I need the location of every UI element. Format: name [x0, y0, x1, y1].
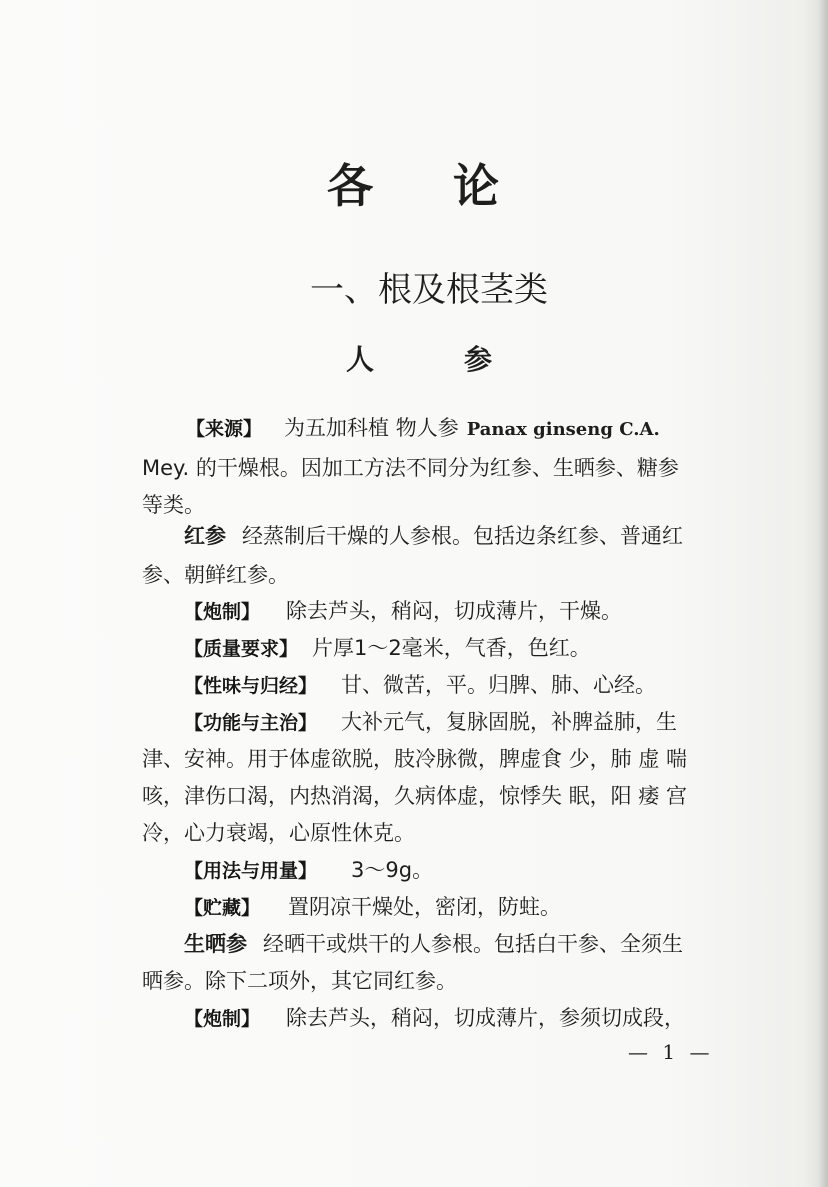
function-line-2: 津、安神。用于体虚欲脱，肢冷脉微，脾虚食 少，肺 虚 喘	[142, 745, 687, 773]
source-line-2: Mey. 的干燥根。因加工方法不同分为红参、生晒参、糖参	[142, 454, 679, 482]
page-number: — 1 —	[628, 1040, 713, 1064]
function-text: 大补元气，复脉固脱，补脾益肺，生	[341, 710, 677, 734]
latin-name: Panax ginseng C.A.	[467, 419, 660, 440]
processing-line: 【炮制】除去芦头，稍闷，切成薄片，干燥。	[184, 597, 622, 626]
sun-dried-line-1: 生晒参经晒干或烘干的人参根。包括白干参、全须生	[184, 930, 683, 958]
book-page: 各论 一、根及根茎类 人参 【来源】为五加科植 物人参Panax ginseng…	[0, 0, 828, 1187]
sun-dried-processing-tag: 【炮制】	[184, 1008, 260, 1030]
sun-dried-line-2: 晒参。除下二项外，其它同红参。	[142, 967, 457, 995]
nature-text: 甘、微苦，平。归脾、肺、心经。	[341, 673, 656, 697]
function-line-1: 【功能与主治】大补元气，复脉固脱，补脾益肺，生	[184, 708, 677, 737]
quality-tag: 【质量要求】	[184, 638, 298, 660]
quality-text: 片厚1～2毫米，气香，色红。	[312, 636, 591, 660]
processing-tag: 【炮制】	[184, 601, 260, 623]
nature-line: 【性味与归经】甘、微苦，平。归脾、肺、心经。	[184, 671, 656, 700]
source-text: 为五加科植 物人参	[284, 416, 459, 440]
sun-dried-processing-text: 除去芦头，稍闷，切成薄片，参须切成段，	[286, 1006, 685, 1030]
storage-text: 置阴凉干燥处，密闭，防蛀。	[288, 895, 561, 919]
quality-line: 【质量要求】片厚1～2毫米，气香，色红。	[184, 634, 591, 663]
sun-dried-name: 生晒参	[184, 932, 247, 956]
herb-title-char-2: 参	[464, 343, 492, 376]
section-title: 一、根及根茎类	[0, 262, 828, 311]
dosage-line: 【用法与用量】3～9g。	[184, 856, 433, 885]
source-tag: 【来源】	[186, 418, 262, 440]
storage-tag: 【贮藏】	[184, 897, 260, 919]
function-line-4: 冷，心力衰竭，心原性休克。	[142, 819, 415, 847]
dosage-text: 3～9g。	[351, 858, 433, 882]
source-line-3: 等类。	[142, 491, 205, 519]
chapter-title: 各论	[0, 150, 828, 216]
nature-tag: 【性味与归经】	[184, 675, 317, 697]
source-line-1: 【来源】为五加科植 物人参Panax ginseng C.A.	[186, 414, 660, 444]
herb-title: 人参	[0, 338, 828, 378]
processing-text: 除去芦头，稍闷，切成薄片，干燥。	[286, 599, 622, 623]
chapter-title-char-2: 论	[453, 159, 501, 213]
red-ginseng-name: 红参	[184, 524, 226, 548]
dosage-tag: 【用法与用量】	[184, 860, 317, 882]
chapter-title-char-1: 各	[327, 159, 375, 213]
function-tag: 【功能与主治】	[184, 712, 317, 734]
red-ginseng-line-2: 参、朝鲜红参。	[142, 561, 289, 589]
sun-dried-processing-line: 【炮制】除去芦头，稍闷，切成薄片，参须切成段，	[184, 1004, 685, 1033]
red-ginseng-desc: 经蒸制后干燥的人参根。包括边条红参、普通红	[242, 524, 683, 548]
sun-dried-desc: 经晒干或烘干的人参根。包括白干参、全须生	[263, 932, 683, 956]
herb-title-char-1: 人	[346, 343, 374, 376]
function-line-3: 咳，津伤口渴，内热消渴，久病体虚，惊悸失 眠，阳 痿 宫	[142, 782, 687, 810]
red-ginseng-line-1: 红参经蒸制后干燥的人参根。包括边条红参、普通红	[184, 522, 683, 550]
storage-line: 【贮藏】置阴凉干燥处，密闭，防蛀。	[184, 893, 561, 922]
